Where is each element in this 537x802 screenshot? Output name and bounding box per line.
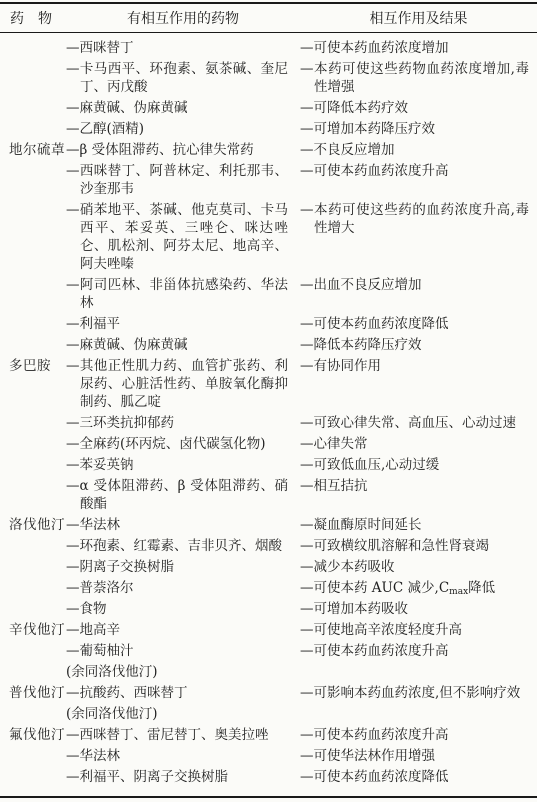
interacting-drugs-cell: —利福平、阴离子交换树脂 bbox=[66, 768, 300, 786]
interacting-drugs-cell: —葡萄柚汁 bbox=[66, 642, 300, 660]
table-row: —α 受体阻滞药、β 受体阻滞药、硝酸酯—相互拮抗 bbox=[0, 477, 537, 513]
interacting-drugs-cell: —硝苯地平、茶碱、他克莫司、卡马西平、苯妥英、三唑仑、咪达唑仑、肌松剂、阿芬太尼… bbox=[66, 201, 300, 273]
drug-name-cell bbox=[0, 336, 66, 354]
interaction-result-cell: —可致心律失常、高血压、心动过速 bbox=[300, 414, 537, 432]
interaction-result-cell: —可增加本药降压疗效 bbox=[300, 120, 537, 138]
interaction-result-cell: —降低本药降压疗效 bbox=[300, 336, 537, 354]
interacting-drugs-cell: —西咪替丁、阿普林定、利托那韦、沙奎那韦 bbox=[66, 162, 300, 198]
table-row: —华法林—可使华法林作用增强 bbox=[0, 747, 537, 765]
table-row: 洛伐他汀—华法林—凝血酶原时间延长 bbox=[0, 516, 537, 534]
drug-name-cell bbox=[0, 162, 66, 198]
interaction-result-cell: —有协同作用 bbox=[300, 357, 537, 411]
interacting-drugs-cell: —阴离子交换树脂 bbox=[66, 558, 300, 576]
interaction-result-cell: —可致低血压,心动过缓 bbox=[300, 456, 537, 474]
interaction-result-cell: —相互拮抗 bbox=[300, 477, 537, 513]
table-row: —普萘洛尔—可使本药 AUC 减少,Cmax降低 bbox=[0, 579, 537, 597]
drug-name-cell: 辛伐他汀 bbox=[0, 621, 66, 639]
interacting-drugs-cell: —食物 bbox=[66, 600, 300, 618]
interaction-result-cell: —不良反应增加 bbox=[300, 141, 537, 159]
interacting-drugs-cell: —地高辛 bbox=[66, 621, 300, 639]
drug-name-cell bbox=[0, 435, 66, 453]
interacting-drugs-cell: —卡马西平、环孢素、氨茶碱、奎尼丁、丙戊酸 bbox=[66, 60, 300, 96]
drug-name-cell bbox=[0, 99, 66, 117]
interaction-result-cell: —出血不良反应增加 bbox=[300, 276, 537, 312]
drug-name-cell bbox=[0, 456, 66, 474]
interacting-drugs-cell: —乙醇(酒精) bbox=[66, 120, 300, 138]
drug-name-cell bbox=[0, 579, 66, 597]
table-row: —食物—可增加本药吸收 bbox=[0, 600, 537, 618]
drug-name-cell: 洛伐他汀 bbox=[0, 516, 66, 534]
table-row: —乙醇(酒精)—可增加本药降压疗效 bbox=[0, 120, 537, 138]
interacting-drugs-cell: —普萘洛尔 bbox=[66, 579, 300, 597]
interacting-drugs-cell: —苯妥英钠 bbox=[66, 456, 300, 474]
table-row: —阴离子交换树脂—减少本药吸收 bbox=[0, 558, 537, 576]
table-row: —环孢素、红霉素、吉非贝齐、烟酸—可致横纹肌溶解和急性肾衰竭 bbox=[0, 537, 537, 555]
table-row: —阿司匹林、非甾体抗感染药、华法林—出血不良反应增加 bbox=[0, 276, 537, 312]
interacting-drugs-cell: —麻黄碱、伪麻黄碱 bbox=[66, 336, 300, 354]
interacting-drugs-cell: —α 受体阻滞药、β 受体阻滞药、硝酸酯 bbox=[66, 477, 300, 513]
table-row: —利福平、阴离子交换树脂—可使本药血药浓度降低 bbox=[0, 768, 537, 786]
table-row: 辛伐他汀—地高辛—可使地高辛浓度轻度升高 bbox=[0, 621, 537, 639]
table-row: (余同洛伐他汀) bbox=[0, 705, 537, 723]
drug-name-cell bbox=[0, 477, 66, 513]
drug-name-cell bbox=[0, 747, 66, 765]
table-row: —全麻药(环丙烷、卤代碳氢化物)—心律失常 bbox=[0, 435, 537, 453]
interaction-result-cell: —可使本药血药浓度降低 bbox=[300, 768, 537, 786]
interaction-result-cell: —可使本药血药浓度升高 bbox=[300, 162, 537, 198]
interaction-result-cell: —可使本药血药浓度升高 bbox=[300, 726, 537, 744]
interacting-drugs-cell: (余同洛伐他汀) bbox=[66, 663, 300, 681]
table-row: —利福平—可使本药血药浓度降低 bbox=[0, 315, 537, 333]
table-row: 多巴胺—其他正性肌力药、血管扩张药、利尿药、心脏活性药、单胺氧化酶抑制药、胍乙啶… bbox=[0, 357, 537, 411]
drug-name-cell bbox=[0, 120, 66, 138]
table-row: —西咪替丁、阿普林定、利托那韦、沙奎那韦—可使本药血药浓度升高 bbox=[0, 162, 537, 198]
interacting-drugs-cell: (余同洛伐他汀) bbox=[66, 705, 300, 723]
interacting-drugs-cell: —西咪替丁、雷尼替丁、奥美拉唑 bbox=[66, 726, 300, 744]
interaction-result-cell: —可使本药 AUC 减少,Cmax降低 bbox=[300, 579, 537, 597]
interacting-drugs-cell: —环孢素、红霉素、吉非贝齐、烟酸 bbox=[66, 537, 300, 555]
interaction-result-cell: —可致横纹肌溶解和急性肾衰竭 bbox=[300, 537, 537, 555]
interacting-drugs-cell: —三环类抗抑郁药 bbox=[66, 414, 300, 432]
drug-name-cell: 普伐他汀 bbox=[0, 684, 66, 702]
table-row: 地尔硫䓬—β 受体阻滞药、抗心律失常药—不良反应增加 bbox=[0, 141, 537, 159]
interaction-result-cell: —可增加本药吸收 bbox=[300, 600, 537, 618]
drug-name-cell: 氟伐他汀 bbox=[0, 726, 66, 744]
interaction-result-cell bbox=[300, 663, 537, 681]
table-row: —苯妥英钠—可致低血压,心动过缓 bbox=[0, 456, 537, 474]
interaction-result-cell: —可使地高辛浓度轻度升高 bbox=[300, 621, 537, 639]
table-row: 氟伐他汀—西咪替丁、雷尼替丁、奥美拉唑—可使本药血药浓度升高 bbox=[0, 726, 537, 744]
interacting-drugs-cell: —西咪替丁 bbox=[66, 39, 300, 57]
interacting-drugs-cell: —全麻药(环丙烷、卤代碳氢化物) bbox=[66, 435, 300, 453]
subscript-text: max bbox=[449, 587, 468, 597]
interacting-drugs-cell: —抗酸药、西咪替丁 bbox=[66, 684, 300, 702]
table-row: —麻黄碱、伪麻黄碱—可降低本药疗效 bbox=[0, 99, 537, 117]
interaction-result-cell: —心律失常 bbox=[300, 435, 537, 453]
drug-name-cell bbox=[0, 768, 66, 786]
drug-name-cell bbox=[0, 414, 66, 432]
interaction-result-cell: —本药可使这些药的血药浓度升高,毒性增大 bbox=[300, 201, 537, 273]
interacting-drugs-cell: —华法林 bbox=[66, 516, 300, 534]
header-drug-column: 药 物 bbox=[0, 8, 66, 28]
table-row: —卡马西平、环孢素、氨茶碱、奎尼丁、丙戊酸—本药可使这些药物血药浓度增加,毒性增… bbox=[0, 60, 537, 96]
interaction-result-cell bbox=[300, 705, 537, 723]
drug-name-cell bbox=[0, 642, 66, 660]
table-row: —硝苯地平、茶碱、他克莫司、卡马西平、苯妥英、三唑仑、咪达唑仑、肌松剂、阿芬太尼… bbox=[0, 201, 537, 273]
interacting-drugs-cell: —利福平 bbox=[66, 315, 300, 333]
table-bottom-rule bbox=[0, 796, 537, 798]
drug-name-cell bbox=[0, 60, 66, 96]
interaction-result-cell: —可影响本药血药浓度,但不影响疗效 bbox=[300, 684, 537, 702]
drug-name-cell: 地尔硫䓬 bbox=[0, 141, 66, 159]
interaction-result-cell: —可使华法林作用增强 bbox=[300, 747, 537, 765]
interacting-drugs-cell: —华法林 bbox=[66, 747, 300, 765]
header-interacting-drugs-column: 有相互作用的药物 bbox=[66, 8, 300, 28]
table-row: —三环类抗抑郁药—可致心律失常、高血压、心动过速 bbox=[0, 414, 537, 432]
interacting-drugs-cell: —阿司匹林、非甾体抗感染药、华法林 bbox=[66, 276, 300, 312]
drug-name-cell bbox=[0, 663, 66, 681]
interaction-result-cell: —可使本药血药浓度增加 bbox=[300, 39, 537, 57]
interaction-result-cell: —可使本药血药浓度升高 bbox=[300, 642, 537, 660]
drug-name-cell bbox=[0, 705, 66, 723]
table-row: —麻黄碱、伪麻黄碱—降低本药降压疗效 bbox=[0, 336, 537, 354]
drug-name-cell: 多巴胺 bbox=[0, 357, 66, 411]
drug-name-cell bbox=[0, 276, 66, 312]
interaction-result-cell: —减少本药吸收 bbox=[300, 558, 537, 576]
interaction-result-cell: —凝血酶原时间延长 bbox=[300, 516, 537, 534]
table-row: 普伐他汀—抗酸药、西咪替丁—可影响本药血药浓度,但不影响疗效 bbox=[0, 684, 537, 702]
table-row: —葡萄柚汁—可使本药血药浓度升高 bbox=[0, 642, 537, 660]
drug-name-cell bbox=[0, 600, 66, 618]
table-row: (余同洛伐他汀) bbox=[0, 663, 537, 681]
drug-name-cell bbox=[0, 39, 66, 57]
book-page: 药 物 有相互作用的药物 相互作用及结果 —西咪替丁—可使本药血药浓度增加—卡马… bbox=[0, 0, 537, 802]
interacting-drugs-cell: —麻黄碱、伪麻黄碱 bbox=[66, 99, 300, 117]
interacting-drugs-cell: —β 受体阻滞药、抗心律失常药 bbox=[66, 141, 300, 159]
header-interaction-result-column: 相互作用及结果 bbox=[300, 8, 537, 28]
drug-name-cell bbox=[0, 201, 66, 273]
drug-name-cell bbox=[0, 315, 66, 333]
drug-name-cell bbox=[0, 537, 66, 555]
interacting-drugs-cell: —其他正性肌力药、血管扩张药、利尿药、心脏活性药、单胺氧化酶抑制药、胍乙啶 bbox=[66, 357, 300, 411]
table-body: —西咪替丁—可使本药血药浓度增加—卡马西平、环孢素、氨茶碱、奎尼丁、丙戊酸—本药… bbox=[0, 33, 537, 786]
table-header-row: 药 物 有相互作用的药物 相互作用及结果 bbox=[0, 2, 537, 33]
drug-name-cell bbox=[0, 558, 66, 576]
interaction-result-cell: —可降低本药疗效 bbox=[300, 99, 537, 117]
interaction-result-cell: —本药可使这些药物血药浓度增加,毒性增强 bbox=[300, 60, 537, 96]
table-row: —西咪替丁—可使本药血药浓度增加 bbox=[0, 39, 537, 57]
interaction-result-cell: —可使本药血药浓度降低 bbox=[300, 315, 537, 333]
